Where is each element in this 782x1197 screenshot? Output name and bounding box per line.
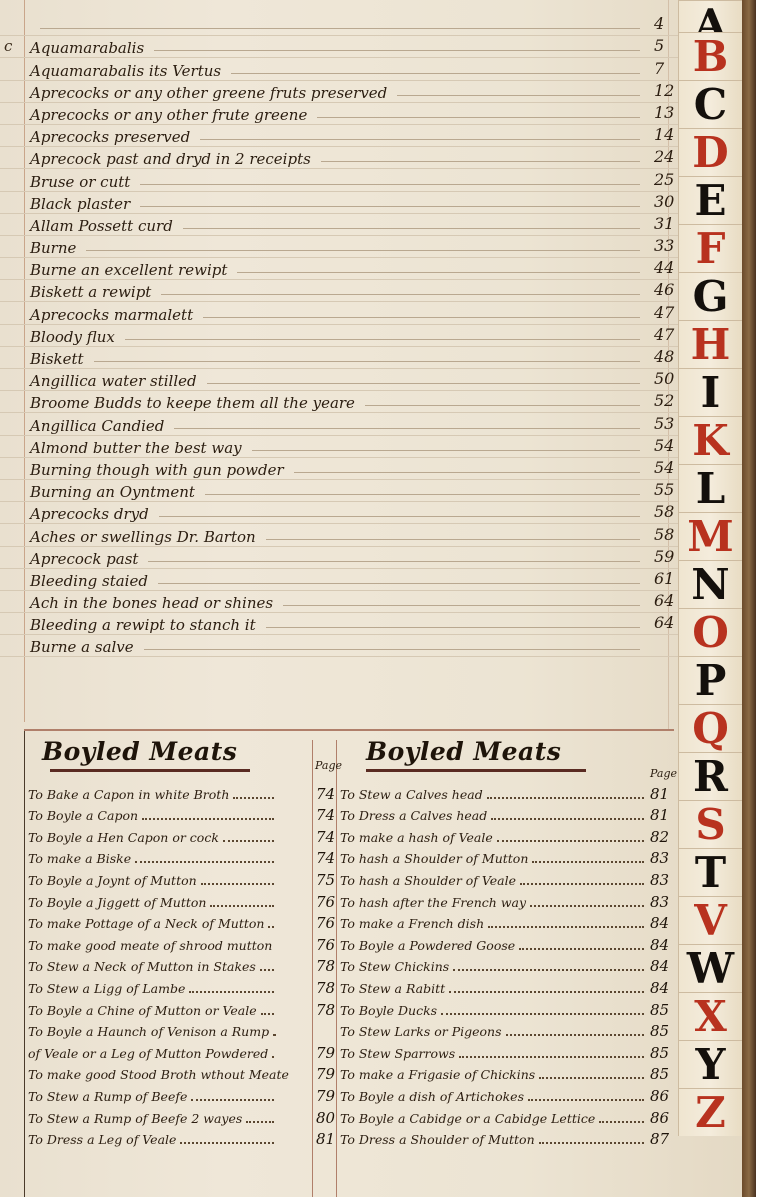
page-number: 83 bbox=[650, 893, 674, 911]
recipe-entry: To Stew a Rump of Beefe79 bbox=[24, 1083, 314, 1105]
page-number: 87 bbox=[650, 1130, 674, 1148]
page-number: 52 bbox=[654, 391, 680, 410]
leader-line bbox=[266, 539, 640, 540]
page-number: 83 bbox=[650, 849, 674, 867]
recipe-title: To make good Stood Broth wthout Meate bbox=[24, 1067, 289, 1083]
dot-leader bbox=[272, 1056, 274, 1058]
entry-text: Aprecocks or any other frute greene bbox=[0, 106, 307, 124]
recipe-entry: To Stew a Ligg of Lambe78 bbox=[24, 975, 314, 997]
entry-text: Black plaster bbox=[0, 195, 130, 213]
recipe-entry: To Boyle a Haunch of Venison a Rump bbox=[24, 1019, 314, 1041]
tab-letter: S bbox=[695, 804, 725, 846]
tab-letter-n[interactable]: N bbox=[678, 560, 742, 608]
recipe-entry: To Boyle a Chine of Mutton or Veale78 bbox=[24, 997, 314, 1019]
recipe-title: To make a Frigasie of Chickins bbox=[336, 1067, 535, 1083]
recipe-title: To Stew Sparrows bbox=[336, 1046, 455, 1062]
tab-letter: Y bbox=[696, 1044, 726, 1086]
page-number: 58 bbox=[654, 502, 680, 521]
alphabetical-index: 4cAquamarabalis5Aquamarabalis its Vertus… bbox=[0, 14, 680, 657]
entry-text: Biskett bbox=[0, 350, 84, 368]
entry-text: Allam Possett curd bbox=[0, 217, 173, 235]
index-entry: Burning an Oyntment55 bbox=[0, 480, 680, 502]
page-number: 47 bbox=[654, 303, 680, 322]
dot-leader bbox=[201, 883, 274, 885]
index-entry: cAquamarabalis5 bbox=[0, 36, 680, 58]
dot-leader bbox=[223, 840, 274, 842]
leader-line bbox=[154, 50, 640, 51]
tab-letter-y[interactable]: Y bbox=[678, 1040, 742, 1088]
recipe-title: To Boyle a Cabidge or a Cabidge Lettice bbox=[336, 1111, 595, 1127]
recipe-title: To Stew a Ligg of Lambe bbox=[24, 981, 185, 997]
recipe-list: To Bake a Capon in white Broth74To Boyle… bbox=[24, 781, 314, 1148]
page-column-header: Page bbox=[650, 767, 677, 780]
page-number: 4 bbox=[654, 14, 680, 33]
recipe-title: To make Pottage of a Neck of Mutton bbox=[24, 916, 264, 932]
entry-text: Broome Budds to keepe them all the yeare bbox=[0, 394, 355, 412]
entry-text: Aprecock past bbox=[0, 550, 138, 568]
recipe-title: To make good meate of shrood mutton bbox=[24, 938, 272, 954]
tab-letter-x[interactable]: X bbox=[678, 992, 742, 1040]
tab-letter-e[interactable]: E bbox=[678, 176, 742, 224]
dot-leader bbox=[189, 991, 274, 993]
entry-text: Burne bbox=[0, 239, 76, 257]
dot-leader bbox=[488, 926, 644, 928]
tab-letter: L bbox=[696, 468, 726, 510]
recipe-entry: To make a French dish84 bbox=[336, 911, 674, 933]
recipe-entry: To make a hash of Veale82 bbox=[336, 824, 674, 846]
page-number: 84 bbox=[650, 957, 674, 975]
page-number: 54 bbox=[654, 436, 680, 455]
page-number: 86 bbox=[650, 1109, 674, 1127]
tab-letter: I bbox=[701, 372, 721, 414]
entry-text: Biskett a rewipt bbox=[0, 283, 151, 301]
entry-text: Aprecocks dryd bbox=[0, 505, 149, 523]
tab-letter: N bbox=[691, 564, 729, 606]
page-number: 85 bbox=[650, 1022, 674, 1040]
leader-line bbox=[174, 428, 640, 429]
page-number: 50 bbox=[654, 369, 680, 388]
page-number: 48 bbox=[654, 347, 680, 366]
tab-letter: P bbox=[695, 660, 727, 702]
leader-line bbox=[266, 627, 640, 628]
page-number: 33 bbox=[654, 236, 680, 255]
recipe-entry: To hash after the French way83 bbox=[336, 889, 674, 911]
page-number: 30 bbox=[654, 192, 680, 211]
page-number: 24 bbox=[654, 147, 680, 166]
leader-line bbox=[40, 28, 640, 29]
entry-text: Bruse or cutt bbox=[0, 173, 130, 191]
recipe-entry: To Dress a Leg of Veale81 bbox=[24, 1127, 314, 1149]
leader-line bbox=[205, 494, 640, 495]
recipe-title: To Dress a Shoulder of Mutton bbox=[336, 1132, 535, 1148]
recipe-title: To Stew Chickins bbox=[336, 959, 449, 975]
entry-text: Bloody flux bbox=[0, 328, 115, 346]
tab-letter-d[interactable]: D bbox=[678, 128, 742, 176]
index-entry: Burning though with gun powder54 bbox=[0, 458, 680, 480]
recipe-entry: To Boyle a Hen Capon or cock74 bbox=[24, 824, 314, 846]
entry-text: Bleeding staied bbox=[0, 572, 148, 590]
index-entry: 4 bbox=[0, 14, 680, 36]
tab-letter: T bbox=[695, 852, 726, 894]
section-title: Boyled Meats bbox=[42, 737, 237, 766]
page-number: 83 bbox=[650, 871, 674, 889]
entry-text: Angillica Candied bbox=[0, 417, 164, 435]
dot-leader bbox=[497, 840, 644, 842]
recipe-entry: To Stew Larks or Pigeons85 bbox=[336, 1019, 674, 1041]
page-number: 12 bbox=[654, 81, 680, 100]
dot-leader bbox=[180, 1142, 274, 1144]
leader-line bbox=[159, 516, 640, 517]
dot-leader bbox=[506, 1034, 645, 1036]
tab-letter-l[interactable]: L bbox=[678, 464, 742, 512]
recipe-entry: To Boyle Ducks85 bbox=[336, 997, 674, 1019]
dot-leader bbox=[210, 905, 274, 907]
recipe-entry: To Stew a Rabitt84 bbox=[336, 975, 674, 997]
recipe-entry: To Dress a Shoulder of Mutton87 bbox=[336, 1127, 674, 1149]
dot-leader bbox=[459, 1056, 644, 1058]
recipe-entry: To Boyle a dish of Artichokes86 bbox=[336, 1083, 674, 1105]
dot-leader bbox=[599, 1121, 644, 1123]
index-entry: Burne33 bbox=[0, 236, 680, 258]
tab-letter: C bbox=[694, 84, 727, 126]
recipe-title: To Dress a Leg of Veale bbox=[24, 1132, 176, 1148]
tab-letter-v[interactable]: V bbox=[678, 896, 742, 944]
leader-line bbox=[283, 605, 640, 606]
tab-letter-q[interactable]: Q bbox=[678, 704, 742, 752]
dot-leader bbox=[519, 948, 644, 950]
dot-leader bbox=[233, 797, 274, 799]
page-number: 25 bbox=[654, 170, 680, 189]
dot-leader bbox=[441, 1013, 644, 1015]
page-number: 59 bbox=[654, 547, 680, 566]
page-number: 85 bbox=[650, 1065, 674, 1083]
book-edge bbox=[742, 0, 756, 1197]
leader-line bbox=[252, 450, 640, 451]
recipe-title: To hash a Shoulder of Veale bbox=[336, 873, 516, 889]
dot-leader bbox=[539, 1077, 644, 1079]
index-entry: Bruse or cutt25 bbox=[0, 169, 680, 191]
page-number: 55 bbox=[654, 480, 680, 499]
tab-letter-s[interactable]: S bbox=[678, 800, 742, 848]
page-number: 84 bbox=[650, 914, 674, 932]
tab-letter-h[interactable]: H bbox=[678, 320, 742, 368]
alphabet-thumb-index: ABCDEFGHIKLMNOPQRSTVWXYZ bbox=[678, 0, 742, 1197]
recipe-title: To Dress a Calves head bbox=[336, 808, 487, 824]
dot-leader bbox=[528, 1099, 644, 1101]
entry-text: Burne an excellent rewipt bbox=[0, 261, 227, 279]
page-number: 64 bbox=[654, 591, 680, 610]
dot-leader bbox=[453, 969, 644, 971]
index-entry: Bleeding staied61 bbox=[0, 569, 680, 591]
leader-line bbox=[148, 561, 640, 562]
margin-mark: c bbox=[4, 37, 12, 55]
recipe-entry: To Boyle a Joynt of Mutton75 bbox=[24, 867, 314, 889]
leader-line bbox=[203, 317, 640, 318]
leader-line bbox=[158, 583, 640, 584]
leader-line bbox=[397, 95, 640, 96]
entry-text: Bleeding a rewipt to stanch it bbox=[0, 616, 256, 634]
recipe-title: To Stew a Rump of Beefe 2 wayes bbox=[24, 1111, 242, 1127]
dot-leader bbox=[142, 818, 274, 820]
leader-line bbox=[207, 383, 640, 384]
page-number: 81 bbox=[650, 806, 674, 824]
index-entry: Aprecocks marmalett47 bbox=[0, 302, 680, 324]
recipe-entry: To Bake a Capon in white Broth74 bbox=[24, 781, 314, 803]
entry-text: Aprecocks or any other greene fruts pres… bbox=[0, 84, 387, 102]
index-entry: Aprecock past and dryd in 2 receipts24 bbox=[0, 147, 680, 169]
recipe-entry: To Boyle a Jiggett of Mutton76 bbox=[24, 889, 314, 911]
tab-letter-g[interactable]: G bbox=[678, 272, 742, 320]
recipe-entry: To make Pottage of a Neck of Mutton76 bbox=[24, 911, 314, 933]
recipe-title: To Boyle a Chine of Mutton or Veale bbox=[24, 1003, 257, 1019]
recipe-title: To Boyle a Powdered Goose bbox=[336, 938, 515, 954]
entry-text: Burning though with gun powder bbox=[0, 461, 284, 479]
page-number: 84 bbox=[650, 979, 674, 997]
recipe-entry: of Veale or a Leg of Mutton Powdered79 bbox=[24, 1040, 314, 1062]
tab-letter-p[interactable]: P bbox=[678, 656, 742, 704]
recipe-entry: To Stew a Calves head81 bbox=[336, 781, 674, 803]
index-entry: Angillica Candied53 bbox=[0, 413, 680, 435]
tab-letter-c[interactable]: C bbox=[678, 80, 742, 128]
page-number: 54 bbox=[654, 458, 680, 477]
dot-leader bbox=[539, 1142, 644, 1144]
entry-text: Almond butter the best way bbox=[0, 439, 242, 457]
dot-leader bbox=[135, 861, 274, 863]
tab-letter: M bbox=[687, 516, 734, 558]
tab-letter-k[interactable]: K bbox=[678, 416, 742, 464]
boyled-meats-right-column: Boyled Meats Page To Stew a Calves head8… bbox=[336, 731, 674, 1197]
dot-leader bbox=[246, 1121, 274, 1123]
recipe-title: To Boyle a Capon bbox=[24, 808, 138, 824]
page-number: 7 bbox=[654, 59, 680, 78]
recipe-title: To make a French dish bbox=[336, 916, 484, 932]
tab-letter: R bbox=[693, 756, 728, 798]
entry-text: Aprecocks marmalett bbox=[0, 306, 193, 324]
tab-letter-b[interactable]: B bbox=[678, 32, 742, 80]
dot-leader bbox=[449, 991, 644, 993]
manuscript-page: 4cAquamarabalis5Aquamarabalis its Vertus… bbox=[0, 0, 742, 1197]
recipe-entry: To Boyle a Powdered Goose84 bbox=[336, 932, 674, 954]
page-number: 14 bbox=[654, 125, 680, 144]
recipe-title: To Boyle a Haunch of Venison a Rump bbox=[24, 1024, 269, 1040]
dot-leader bbox=[261, 1013, 274, 1015]
page-number: 47 bbox=[654, 325, 680, 344]
page-number: 86 bbox=[650, 1087, 674, 1105]
index-entry: Bloody flux47 bbox=[0, 325, 680, 347]
tab-letter-z[interactable]: Z bbox=[678, 1088, 742, 1136]
recipe-title: To make a Biske bbox=[24, 851, 131, 867]
recipe-title: To Boyle a Jiggett of Mutton bbox=[24, 895, 206, 911]
tab-letter-f[interactable]: F bbox=[678, 224, 742, 272]
recipe-entry: To hash a Shoulder of Mutton83 bbox=[336, 846, 674, 868]
recipe-title: To Boyle a dish of Artichokes bbox=[336, 1089, 524, 1105]
title-underline bbox=[50, 769, 250, 772]
recipe-entry: To make good Stood Broth wthout Meate79 bbox=[24, 1062, 314, 1084]
recipe-entry: To Stew Sparrows85 bbox=[336, 1040, 674, 1062]
boyled-meats-left-column: Boyled Meats Page To Bake a Capon in whi… bbox=[24, 731, 314, 1197]
index-entry: Aquamarabalis its Vertus7 bbox=[0, 58, 680, 80]
recipe-title: To Stew a Neck of Mutton in Stakes bbox=[24, 959, 256, 975]
recipe-list: To Stew a Calves head81To Dress a Calves… bbox=[336, 781, 674, 1148]
entry-text: Aches or swellings Dr. Barton bbox=[0, 528, 256, 546]
entry-text: Aprecock past and dryd in 2 receipts bbox=[0, 150, 311, 168]
recipe-title: To Stew a Rump of Beefe bbox=[24, 1089, 187, 1105]
recipe-title: To Stew a Calves head bbox=[336, 787, 483, 803]
tab-letter-o[interactable]: O bbox=[678, 608, 742, 656]
tab-letter-t[interactable]: T bbox=[678, 848, 742, 896]
tab-letter: O bbox=[692, 612, 729, 654]
recipe-title: To hash after the French way bbox=[336, 895, 526, 911]
recipe-title: To Stew Larks or Pigeons bbox=[336, 1024, 502, 1040]
recipe-entry: To Stew a Rump of Beefe 2 wayes80 bbox=[24, 1105, 314, 1127]
recipe-title: To hash a Shoulder of Mutton bbox=[336, 851, 528, 867]
tab-letter: K bbox=[692, 420, 729, 462]
dot-leader bbox=[191, 1099, 274, 1101]
page-number: 81 bbox=[650, 785, 674, 803]
page-number: 61 bbox=[654, 569, 680, 588]
recipe-entry: To hash a Shoulder of Veale83 bbox=[336, 867, 674, 889]
index-entry: Aprecocks dryd58 bbox=[0, 502, 680, 524]
leader-line bbox=[200, 139, 640, 140]
recipe-title: To Boyle Ducks bbox=[336, 1003, 437, 1019]
tab-letter: H bbox=[691, 324, 731, 366]
recipe-title: To make a hash of Veale bbox=[336, 830, 493, 846]
tab-letter-m[interactable]: M bbox=[678, 512, 742, 560]
recipe-title: To Stew a Rabitt bbox=[336, 981, 445, 997]
leader-line bbox=[321, 161, 640, 162]
index-entry: Ach in the bones head or shines64 bbox=[0, 591, 680, 613]
recipe-title: To Boyle a Hen Capon or cock bbox=[24, 830, 219, 846]
page-number: 5 bbox=[654, 36, 680, 55]
tab-letter: Q bbox=[692, 708, 729, 750]
recipe-entry: To Stew a Neck of Mutton in Stakes78 bbox=[24, 954, 314, 976]
index-entry: Angillica water stilled50 bbox=[0, 369, 680, 391]
dot-leader bbox=[532, 861, 644, 863]
index-entry: Bleeding a rewipt to stanch it64 bbox=[0, 613, 680, 635]
tab-letter: E bbox=[694, 180, 726, 222]
tab-letter: B bbox=[693, 36, 729, 78]
entry-text: Ach in the bones head or shines bbox=[0, 594, 273, 612]
index-entry: Aprecocks or any other greene fruts pres… bbox=[0, 81, 680, 103]
index-entry: Allam Possett curd31 bbox=[0, 214, 680, 236]
title-underline bbox=[366, 769, 586, 772]
tab-letter: G bbox=[693, 276, 729, 318]
recipe-title: To Boyle a Joynt of Mutton bbox=[24, 873, 197, 889]
entry-text: Aquamarabalis bbox=[0, 39, 144, 57]
recipe-title: To Bake a Capon in white Broth bbox=[24, 787, 229, 803]
recipe-entry: To make good meate of shrood mutton76 bbox=[24, 932, 314, 954]
entry-text: Burne a salve bbox=[0, 638, 134, 656]
page-number: 44 bbox=[654, 258, 680, 277]
tab-letter: Z bbox=[695, 1092, 726, 1134]
page-number: 84 bbox=[650, 936, 674, 954]
page-number: 46 bbox=[654, 280, 680, 299]
index-entry: Aprecocks preserved14 bbox=[0, 125, 680, 147]
dot-leader bbox=[273, 1034, 274, 1036]
page-number: 53 bbox=[654, 414, 680, 433]
recipe-entry: To make a Biske74 bbox=[24, 846, 314, 868]
recipe-entry: To Boyle a Capon74 bbox=[24, 803, 314, 825]
index-entry: Aprecock past59 bbox=[0, 547, 680, 569]
tab-letter-i[interactable]: I bbox=[678, 368, 742, 416]
index-entry: Broome Budds to keepe them all the yeare… bbox=[0, 391, 680, 413]
index-entry: Biskett a rewipt46 bbox=[0, 280, 680, 302]
page-number: 85 bbox=[650, 1044, 674, 1062]
leader-line bbox=[140, 206, 640, 207]
entry-text: Angillica water stilled bbox=[0, 372, 197, 390]
tab-letter-r[interactable]: R bbox=[678, 752, 742, 800]
leader-line bbox=[231, 73, 640, 74]
page-number: 82 bbox=[650, 828, 674, 846]
leader-line bbox=[183, 228, 640, 229]
entry-text: Aprecocks preserved bbox=[0, 128, 190, 146]
recipe-entry: To Dress a Calves head81 bbox=[336, 803, 674, 825]
leader-line bbox=[317, 117, 640, 118]
index-entry: Burne an excellent rewipt44 bbox=[0, 258, 680, 280]
tab-letter: W bbox=[687, 948, 734, 990]
leader-line bbox=[86, 250, 640, 251]
index-entry: Black plaster30 bbox=[0, 192, 680, 214]
page-number: 58 bbox=[654, 525, 680, 544]
index-entry: Almond butter the best way54 bbox=[0, 436, 680, 458]
leader-line bbox=[237, 272, 640, 273]
section-title: Boyled Meats bbox=[366, 737, 561, 766]
tab-letter: F bbox=[696, 228, 726, 270]
dot-leader bbox=[268, 926, 274, 928]
page-number: 85 bbox=[650, 1001, 674, 1019]
leader-line bbox=[125, 339, 640, 340]
dot-leader bbox=[520, 883, 644, 885]
index-entry: Aches or swellings Dr. Barton58 bbox=[0, 524, 680, 546]
leader-line bbox=[365, 405, 640, 406]
tab-letter: V bbox=[694, 900, 727, 942]
index-entry: Burne a salve bbox=[0, 635, 680, 657]
dot-leader bbox=[487, 797, 644, 799]
entry-text: Burning an Oyntment bbox=[0, 483, 195, 501]
index-entry: Aprecocks or any other frute greene13 bbox=[0, 103, 680, 125]
recipe-entry: To make a Frigasie of Chickins85 bbox=[336, 1062, 674, 1084]
leader-line bbox=[144, 649, 640, 650]
recipe-entry: To Stew Chickins84 bbox=[336, 954, 674, 976]
tab-letter-a[interactable]: A bbox=[678, 0, 742, 32]
index-entry: Biskett48 bbox=[0, 347, 680, 369]
tab-letter: D bbox=[692, 132, 728, 174]
tab-letter-w[interactable]: W bbox=[678, 944, 742, 992]
page-number: 13 bbox=[654, 103, 680, 122]
entry-text: Aquamarabalis its Vertus bbox=[0, 62, 221, 80]
tab-letter: X bbox=[694, 996, 727, 1038]
page-number: 64 bbox=[654, 613, 680, 632]
dot-leader bbox=[530, 905, 644, 907]
recipe-title: of Veale or a Leg of Mutton Powdered bbox=[24, 1046, 268, 1062]
leader-line bbox=[294, 472, 640, 473]
leader-line bbox=[140, 184, 640, 185]
page-number: 31 bbox=[654, 214, 680, 233]
dot-leader bbox=[491, 818, 644, 820]
leader-line bbox=[161, 294, 640, 295]
recipe-entry: To Boyle a Cabidge or a Cabidge Lettice8… bbox=[336, 1105, 674, 1127]
dot-leader bbox=[260, 969, 274, 971]
leader-line bbox=[94, 361, 640, 362]
tab-letter: A bbox=[694, 4, 727, 32]
